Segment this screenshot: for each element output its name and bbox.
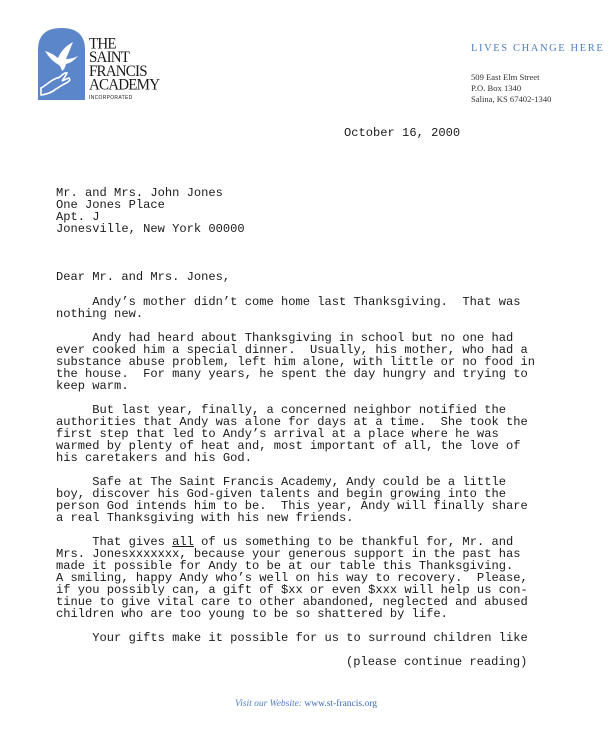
paragraph: Safe at The Saint Francis Academy, Andy … — [56, 476, 528, 524]
tagline: LIVES CHANGE HERE — [471, 43, 604, 54]
website-link[interactable]: www.st-francis.org — [304, 699, 377, 709]
paragraph-line: nothing new. — [56, 308, 520, 320]
return-address: 509 East Elm Street P.O. Box 1340 Salina… — [471, 72, 551, 105]
paragraph: Andy had heard about Thanksgiving in sch… — [56, 332, 535, 392]
paragraph: Your gifts make it possible for us to su… — [56, 632, 528, 644]
address-line: 509 East Elm Street — [471, 72, 551, 83]
paragraph-line: his caretakers and his God. — [56, 452, 528, 464]
continue-note: (please continue reading) — [346, 656, 527, 668]
paragraph: That gives all of us something to be tha… — [56, 536, 528, 620]
footer-label: Visit our Website: — [235, 699, 302, 709]
logo-wordmark: THE SAINT FRANCIS ACADEMY INCORPORATED — [89, 38, 159, 102]
recipient-line: Jonesville, New York 00000 — [56, 223, 245, 235]
recipient-address: Mr. and Mrs. John Jones One Jones Place … — [56, 187, 245, 235]
paragraph-line: children who are too young to be so shat… — [56, 608, 528, 620]
paragraph: Andy’s mother didn’t come home last Than… — [56, 296, 520, 320]
address-line: P.O. Box 1340 — [471, 83, 551, 94]
paragraph: But last year, finally, a concerned neig… — [56, 404, 528, 464]
letter-date: October 16, 2000 — [344, 127, 460, 139]
paragraph-line: Your gifts make it possible for us to su… — [56, 632, 528, 644]
salutation: Dear Mr. and Mrs. Jones, — [56, 271, 230, 283]
logo-line: ACADEMY — [89, 79, 159, 93]
dove-and-hand-icon — [38, 28, 85, 100]
logo-subtitle: INCORPORATED — [89, 94, 159, 102]
footer: Visit our Website: www.st-francis.org — [0, 699, 612, 709]
paragraph-line: keep warm. — [56, 380, 535, 392]
academy-logo: THE SAINT FRANCIS ACADEMY INCORPORATED — [38, 28, 168, 103]
address-line: Salina, KS 67402-1340 — [471, 94, 551, 105]
paragraph-line: a real Thanksgiving with his new friends… — [56, 512, 528, 524]
